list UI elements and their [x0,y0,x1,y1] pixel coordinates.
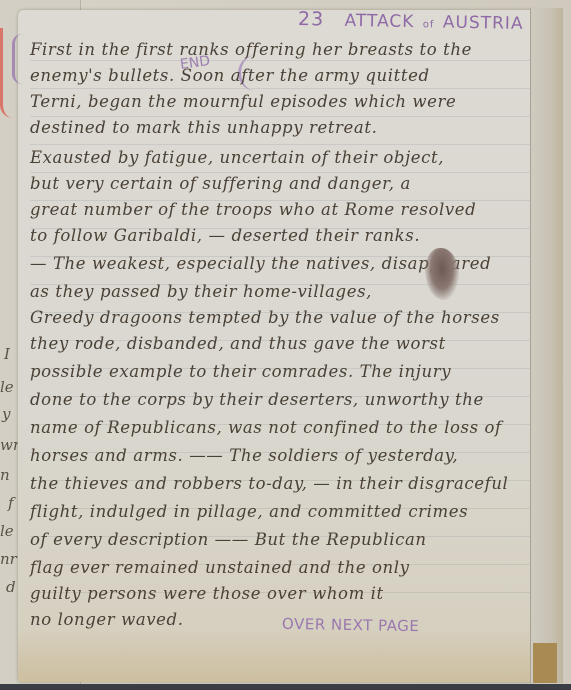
text-line: to follow Garibaldi, — deserted their ra… [30,226,420,245]
text-line: Terni, began the mournful episodes which… [30,92,456,111]
ruled-line [30,60,530,61]
text-line: no longer waved. [30,610,184,629]
margin-fragment: le [0,522,14,540]
text-line: done to the corps by their deserters, un… [30,390,484,409]
scan-bottom-edge [0,684,571,690]
header-annotation: 23 ATTACK of AUSTRIA [298,8,524,34]
text-line: as they passed by their home-villages, [30,282,372,301]
text-line: — The weakest, especially the natives, d… [30,254,491,273]
page-binding-edge [530,8,563,683]
text-line: Greedy dragoons tempted by the value of … [30,308,500,327]
text-line: First in the first ranks offering her br… [30,40,472,59]
text-line: horses and arms. —— The soldiers of yest… [30,446,458,465]
ruled-line [30,144,530,145]
text-line: the thieves and robbers to-day, — in the… [30,474,508,493]
ruled-line [30,88,530,89]
text-line: Exausted by fatigue, uncertain of their … [30,148,444,167]
text-line: flag ever remained unstained and the onl… [30,558,410,577]
text-line: they rode, disbanded, and thus gave the … [30,334,446,353]
margin-fragment: wr [0,436,20,454]
ruled-line [30,116,530,117]
header-annotation-text: ATTACK [344,11,414,32]
text-line: enemy's bullets. Soon after the army qui… [30,66,430,85]
text-line: guilty persons were those over whom it [30,584,384,603]
margin-fragment: f [8,494,14,512]
margin-fragment: d [6,578,16,596]
margin-fragment: le [0,378,14,396]
margin-fragment: I [4,345,10,363]
ruled-line [30,172,530,173]
text-line: but very certain of suffering and danger… [30,174,411,193]
header-annotation-text-2: AUSTRIA [443,13,524,34]
pencil-bracket-mark [12,34,29,84]
text-line: destined to mark this unhappy retreat. [30,118,377,137]
footer-annotation: OVER NEXT PAGE [282,615,420,635]
text-line: name of Republicans, was not confined to… [30,418,502,437]
text-line: great number of the troops who at Rome r… [30,200,476,219]
text-line: of every description —— But the Republic… [30,530,427,549]
margin-fragment: n [0,466,10,484]
torn-corner [533,643,557,683]
text-line: flight, indulged in pillage, and committ… [30,502,468,521]
margin-fragment: y [2,405,10,423]
header-annotation-of: of [423,19,435,30]
margin-fragment: nr [0,550,17,568]
text-line: possible example to their comrades. The … [30,362,451,381]
page-number: 23 [298,8,325,30]
